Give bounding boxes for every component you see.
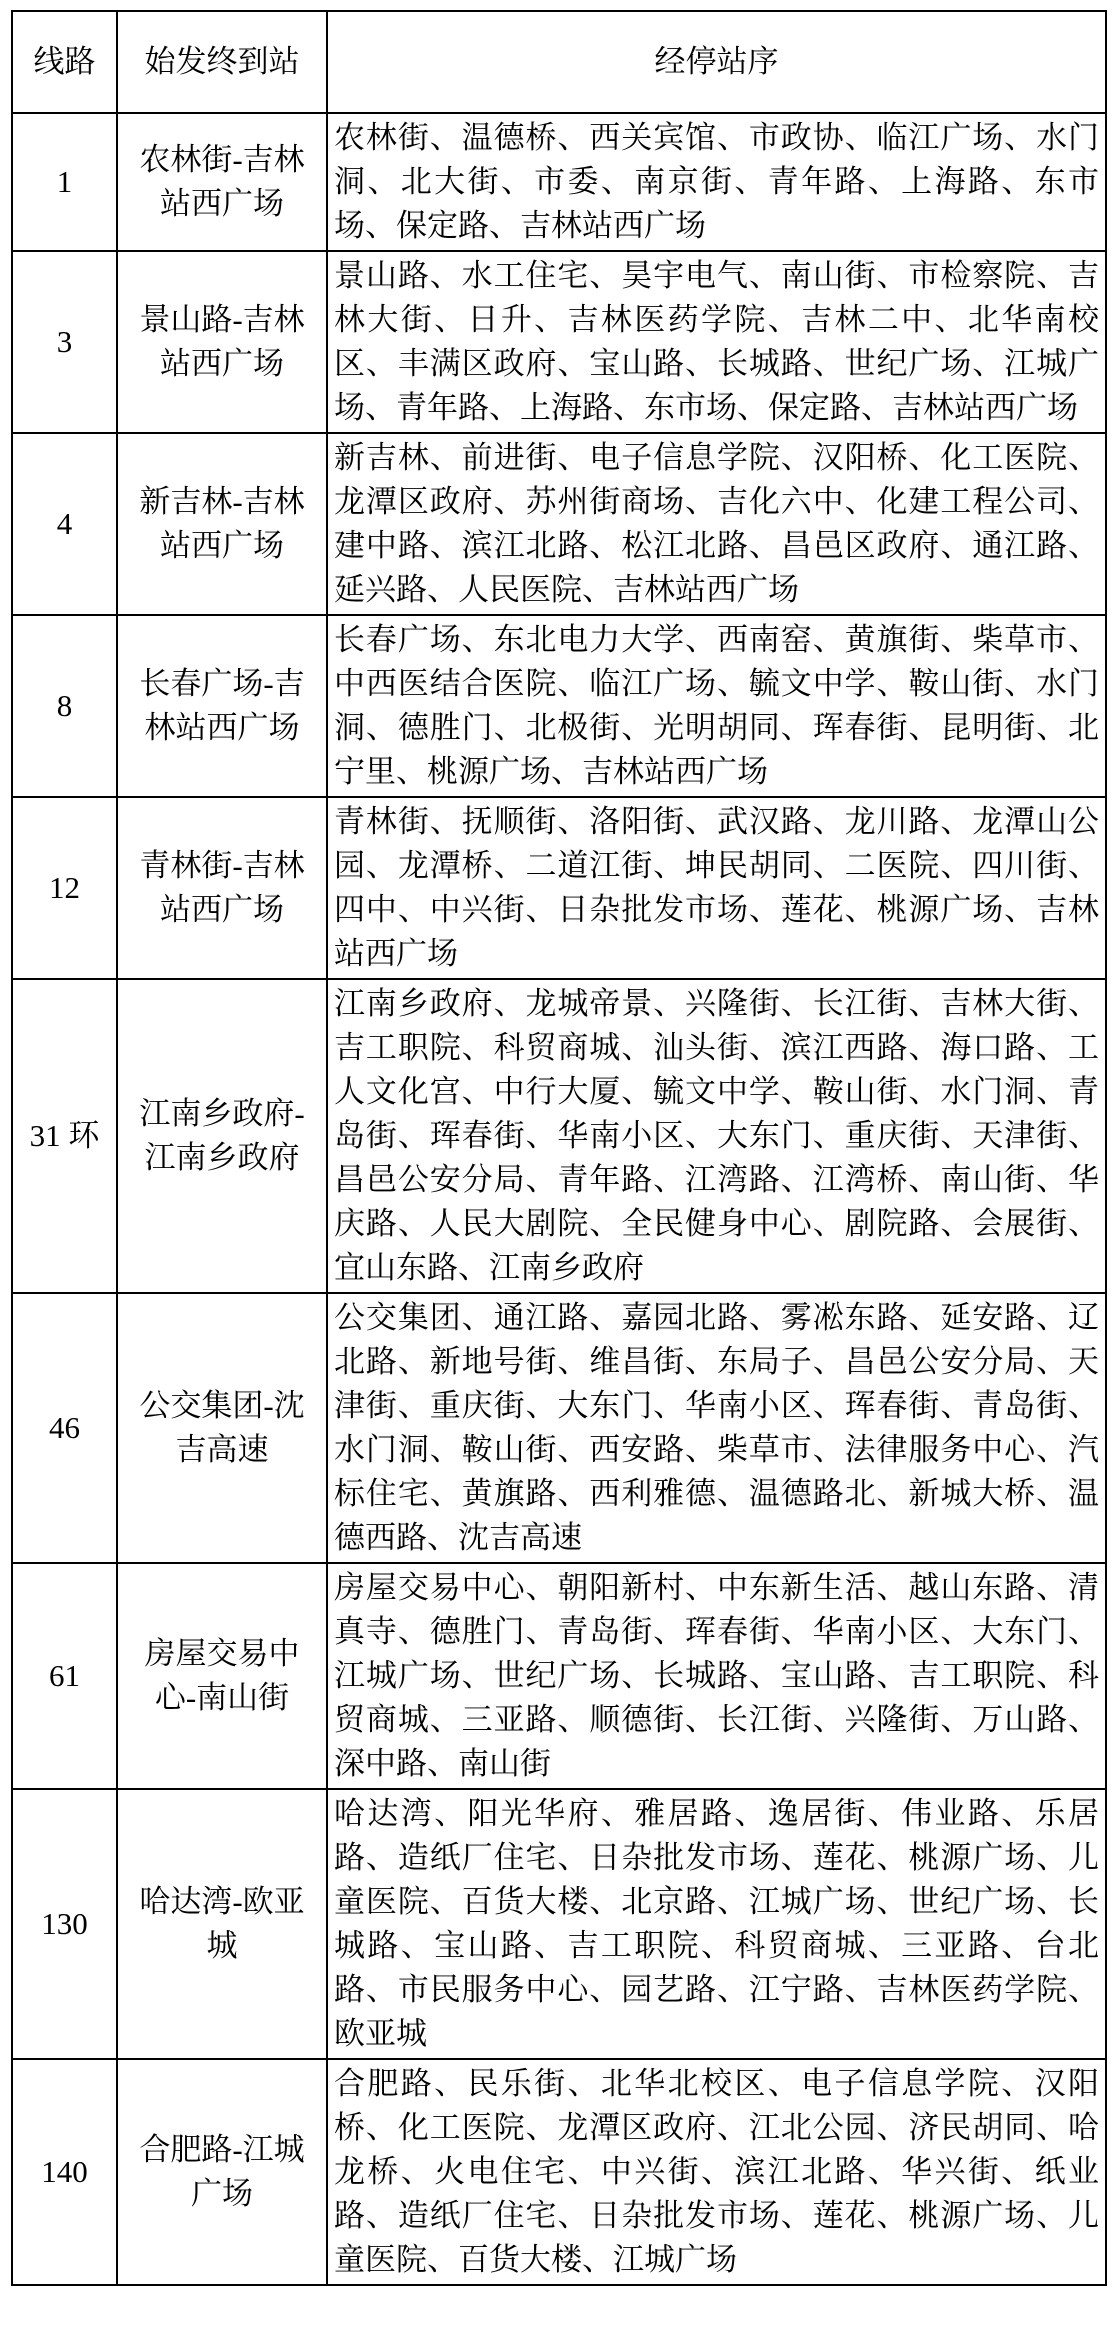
route-stops: 公交集团、通江路、嘉园北路、雾凇东路、延安路、辽北路、新地号街、维昌街、东局子、… xyxy=(327,1293,1106,1563)
route-stops: 长春广场、东北电力大学、西南窑、黄旗街、柴草市、中西医结合医院、临江广场、毓文中… xyxy=(327,615,1106,797)
table-row: 12 青林街-吉林站西广场 青林街、抚顺街、洛阳街、武汉路、龙川路、龙潭山公园、… xyxy=(12,797,1106,979)
route-endpoints: 哈达湾-欧亚城 xyxy=(117,1789,327,2059)
route-number: 31 环 xyxy=(12,979,117,1293)
route-number: 1 xyxy=(12,113,117,251)
route-stops: 江南乡政府、龙城帝景、兴隆街、长江街、吉林大街、吉工职院、科贸商城、汕头街、滨江… xyxy=(327,979,1106,1293)
route-endpoints: 长春广场-吉林站西广场 xyxy=(117,615,327,797)
route-stops: 青林街、抚顺街、洛阳街、武汉路、龙川路、龙潭山公园、龙潭桥、二道江街、坤民胡同、… xyxy=(327,797,1106,979)
route-number: 46 xyxy=(12,1293,117,1563)
route-number: 4 xyxy=(12,433,117,615)
route-number: 61 xyxy=(12,1563,117,1789)
table-row: 8 长春广场-吉林站西广场 长春广场、东北电力大学、西南窑、黄旗街、柴草市、中西… xyxy=(12,615,1106,797)
route-number: 140 xyxy=(12,2059,117,2285)
bus-routes-table: 线路 始发终到站 经停站序 1 农林街-吉林站西广场 农林街、温德桥、西关宾馆、… xyxy=(11,10,1107,2286)
header-row: 线路 始发终到站 经停站序 xyxy=(12,11,1106,113)
table-body: 1 农林街-吉林站西广场 农林街、温德桥、西关宾馆、市政协、临江广场、水门洞、北… xyxy=(12,113,1106,2285)
table-row: 61 房屋交易中心-南山街 房屋交易中心、朝阳新村、中东新生活、越山东路、清真寺… xyxy=(12,1563,1106,1789)
route-stops: 房屋交易中心、朝阳新村、中东新生活、越山东路、清真寺、德胜门、青岛街、珲春街、华… xyxy=(327,1563,1106,1789)
route-endpoints: 公交集团-沈吉高速 xyxy=(117,1293,327,1563)
route-endpoints: 江南乡政府-江南乡政府 xyxy=(117,979,327,1293)
table-row: 130 哈达湾-欧亚城 哈达湾、阳光华府、雅居路、逸居街、伟业路、乐居路、造纸厂… xyxy=(12,1789,1106,2059)
route-endpoints: 新吉林-吉林站西广场 xyxy=(117,433,327,615)
header-endpoints: 始发终到站 xyxy=(117,11,327,113)
route-endpoints: 景山路-吉林站西广场 xyxy=(117,251,327,433)
table-row: 46 公交集团-沈吉高速 公交集团、通江路、嘉园北路、雾凇东路、延安路、辽北路、… xyxy=(12,1293,1106,1563)
route-stops: 景山路、水工住宅、昊宇电气、南山街、市检察院、吉林大街、日升、吉林医药学院、吉林… xyxy=(327,251,1106,433)
route-stops: 哈达湾、阳光华府、雅居路、逸居街、伟业路、乐居路、造纸厂住宅、日杂批发市场、莲花… xyxy=(327,1789,1106,2059)
table-row: 1 农林街-吉林站西广场 农林街、温德桥、西关宾馆、市政协、临江广场、水门洞、北… xyxy=(12,113,1106,251)
header-stops: 经停站序 xyxy=(327,11,1106,113)
route-endpoints: 青林街-吉林站西广场 xyxy=(117,797,327,979)
route-endpoints: 房屋交易中心-南山街 xyxy=(117,1563,327,1789)
route-number: 130 xyxy=(12,1789,117,2059)
table-row: 31 环 江南乡政府-江南乡政府 江南乡政府、龙城帝景、兴隆街、长江街、吉林大街… xyxy=(12,979,1106,1293)
route-number: 3 xyxy=(12,251,117,433)
table-row: 4 新吉林-吉林站西广场 新吉林、前进街、电子信息学院、汉阳桥、化工医院、龙潭区… xyxy=(12,433,1106,615)
route-endpoints: 农林街-吉林站西广场 xyxy=(117,113,327,251)
route-stops: 合肥路、民乐街、北华北校区、电子信息学院、汉阳桥、化工医院、龙潭区政府、江北公园… xyxy=(327,2059,1106,2285)
table-row: 3 景山路-吉林站西广场 景山路、水工住宅、昊宇电气、南山街、市检察院、吉林大街… xyxy=(12,251,1106,433)
route-number: 12 xyxy=(12,797,117,979)
table-row: 140 合肥路-江城广场 合肥路、民乐街、北华北校区、电子信息学院、汉阳桥、化工… xyxy=(12,2059,1106,2285)
route-stops: 新吉林、前进街、电子信息学院、汉阳桥、化工医院、龙潭区政府、苏州街商场、吉化六中… xyxy=(327,433,1106,615)
route-stops: 农林街、温德桥、西关宾馆、市政协、临江广场、水门洞、北大街、市委、南京街、青年路… xyxy=(327,113,1106,251)
header-route: 线路 xyxy=(12,11,117,113)
route-endpoints: 合肥路-江城广场 xyxy=(117,2059,327,2285)
table-header: 线路 始发终到站 经停站序 xyxy=(12,11,1106,113)
route-number: 8 xyxy=(12,615,117,797)
